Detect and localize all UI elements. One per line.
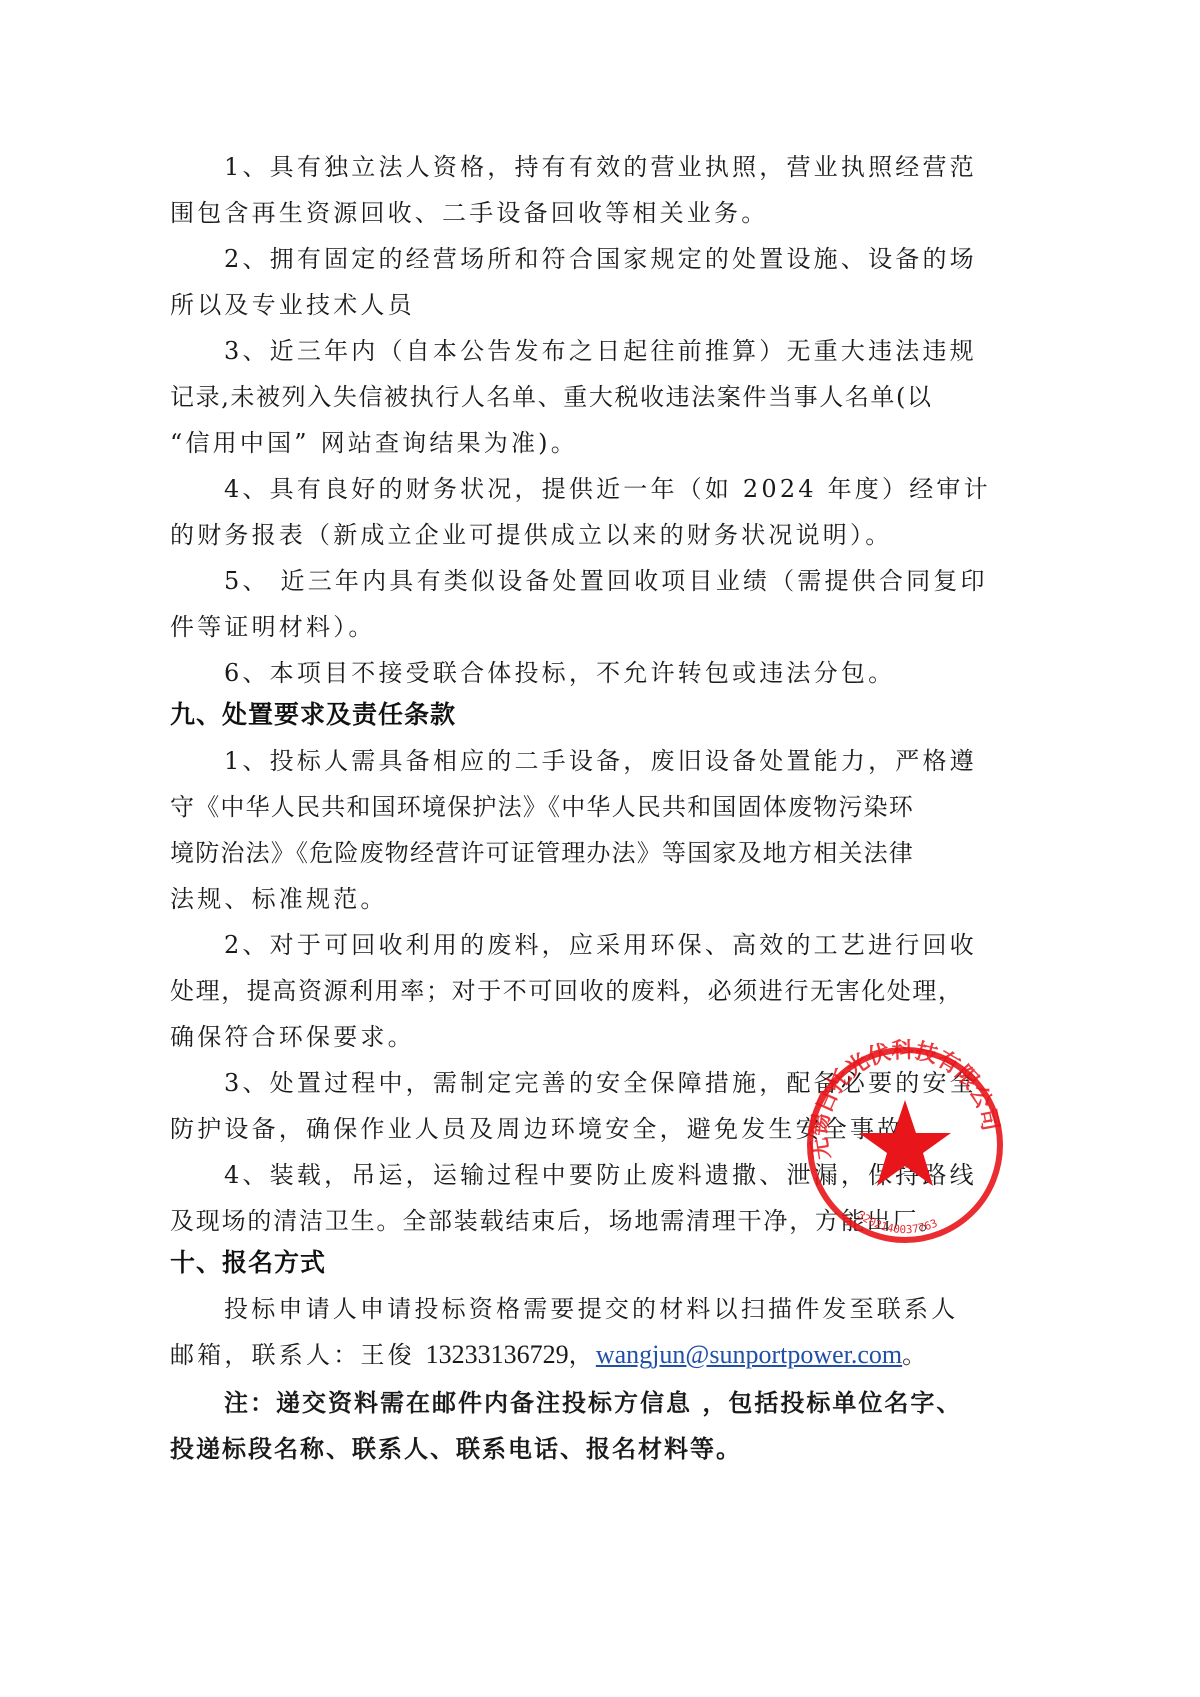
company-seal-stamp: 无锡日托光伏科技有限公司 3202140037763	[805, 1030, 1005, 1260]
disposal-item-2-line-3: 确保符合环保要求。	[170, 1020, 415, 1054]
contact-email-link[interactable]: wangjun@sunportpower.com	[596, 1340, 902, 1369]
qual-item-3-line-3: “信用中国” 网站查询结果为准)。	[170, 426, 578, 460]
qual-item-2-line-1: 2、拥有固定的经营场所和符合国家规定的处置设施、设备的场	[224, 242, 977, 276]
period: 。	[902, 1341, 929, 1369]
qual-item-3-line-2: 记录,未被列入失信被执行人名单、重大税收违法案件当事人名单(以	[170, 380, 933, 414]
signup-paragraph-line-1: 投标申请人申请投标资格需要提交的材料以扫描件发至联系人	[224, 1292, 958, 1326]
qual-item-2-line-2: 所以及专业技术人员	[170, 288, 415, 322]
qual-item-1-line-1: 1、具有独立法人资格，持有有效的营业执照，营业执照经营范	[224, 150, 977, 184]
disposal-item-2-line-1: 2、对于可回收利用的废料，应采用环保、高效的工艺进行回收	[224, 928, 977, 962]
qual-item-6-line-1: 6、本项目不接受联合体投标，不允许转包或违法分包。	[224, 656, 895, 690]
separator: ，	[569, 1341, 596, 1369]
disposal-item-1-line-4: 法规、标准规范。	[170, 882, 388, 916]
signup-paragraph-line-2: 邮箱，联系人：王俊 13233136729，wangjun@sunportpow…	[170, 1338, 929, 1372]
seal-star-icon	[859, 1100, 951, 1186]
qual-item-5-line-1: 5、 近三年内具有类似设备处置回收项目业绩（需提供合同复印	[224, 564, 988, 598]
section-9-heading: 九、处置要求及责任条款	[170, 698, 456, 732]
qual-item-5-line-2: 件等证明材料）。	[170, 610, 376, 644]
section-10-heading: 十、报名方式	[170, 1246, 326, 1280]
note-line-2: 投递标段名称、联系人、联系电话、报名材料等。	[170, 1432, 742, 1466]
contact-phone: 13233136729	[426, 1340, 569, 1369]
disposal-item-2-line-2: 处理，提高资源利用率；对于不可回收的废料，必须进行无害化处理，	[170, 974, 964, 1008]
disposal-item-1-line-1: 1、投标人需具备相应的二手设备，废旧设备处置能力，严格遵	[224, 744, 977, 778]
qual-item-1-line-2: 围包含再生资源回收、二手设备回收等相关业务。	[170, 196, 768, 230]
qual-item-4-line-2: 的财务报表（新成立企业可提供成立以来的财务状况说明）。	[170, 518, 892, 552]
disposal-item-1-line-3: 境防治法》《危险废物经营许可证管理办法》等国家及地方相关法律	[170, 836, 914, 870]
document-page: 1、具有独立法人资格，持有有效的营业执照，营业执照经营范 围包含再生资源回收、二…	[0, 0, 1200, 1697]
qual-item-3-line-1: 3、近三年内（自本公告发布之日起往前推算）无重大违法违规	[224, 334, 977, 368]
qual-item-4-line-1: 4、具有良好的财务状况，提供近一年（如 2024 年度）经审计	[224, 472, 991, 506]
disposal-item-1-line-2: 守《中华人民共和国环境保护法》《中华人民共和国固体废物污染环	[170, 790, 914, 824]
note-line-1: 注：递交资料需在邮件内备注投标方信息 ，包括投标单位名字、	[224, 1386, 962, 1420]
contact-label: 邮箱，联系人：王俊	[170, 1341, 426, 1369]
